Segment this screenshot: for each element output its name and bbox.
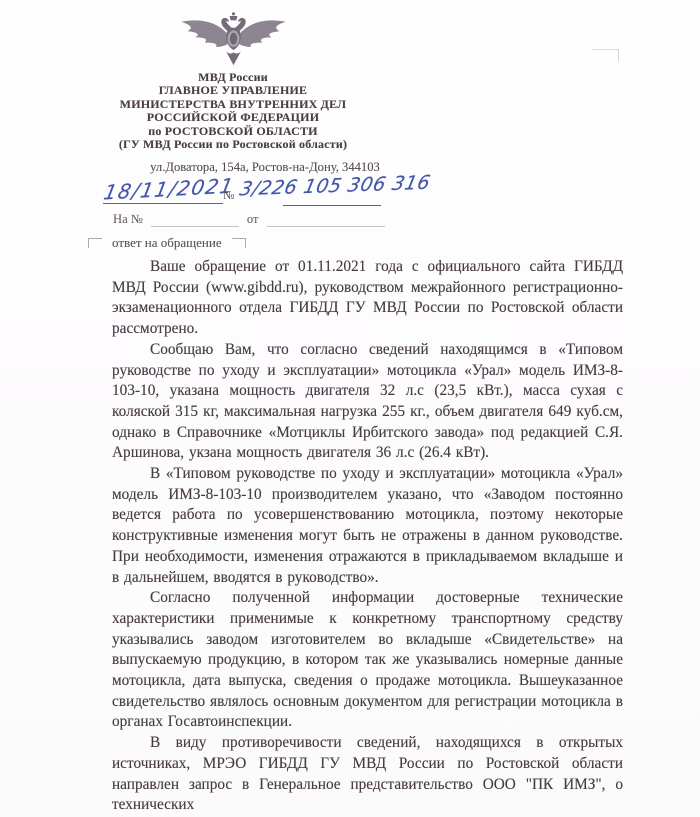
mvd-eagle-emblem-icon (176, 9, 291, 71)
incoming-number-blank-line (151, 212, 239, 227)
letterhead-line-main-directorate: ГЛАВНОЕ УПРАВЛЕНИЕ (58, 84, 408, 97)
letterhead-org-title: МВД России (58, 71, 408, 84)
letterhead-line-region: по РОСТОВСКОЙ ОБЛАСТИ (58, 125, 408, 138)
body-paragraph: Сообщаю Вам, что согласно сведений наход… (112, 340, 623, 464)
body-paragraph: Согласно полученной информации достоверн… (112, 588, 623, 733)
body-paragraph: В виду противоречивости сведений, находя… (112, 733, 623, 816)
response-note-row: ответ на обращение (88, 235, 246, 251)
handwritten-outgoing-number: 3/226 105 306 316 (238, 172, 433, 201)
number-sign-label: № (223, 188, 234, 203)
body-paragraph: Ваше обращение от 01.11.2021 года с офиц… (112, 257, 623, 340)
letterhead-line-abbrev: (ГУ МВД России по Ростовской области) (58, 138, 408, 151)
letter-body: Ваше обращение от 01.11.2021 года с офиц… (112, 257, 623, 816)
response-note-label: ответ на обращение (112, 235, 222, 251)
scanned-letter-page: МВД России ГЛАВНОЕ УПРАВЛЕНИЕ МИНИСТЕРСТ… (0, 0, 700, 817)
left-corner-bracket-icon (88, 238, 102, 248)
handwritten-date: 18/11/2021 (102, 173, 237, 204)
scan-artifact-corner-mark (592, 49, 619, 61)
body-paragraph: В «Типовом руководстве по уходу и эксплу… (112, 464, 623, 588)
on-number-label: На № (113, 212, 143, 227)
from-label: от (247, 212, 259, 227)
incoming-date-blank-line (267, 212, 385, 227)
letterhead-block: МВД России ГЛАВНОЕ УПРАВЛЕНИЕ МИНИСТЕРСТ… (58, 71, 408, 151)
right-corner-bracket-icon (232, 238, 246, 248)
date-underline (103, 203, 223, 204)
incoming-reference-row: На № от (113, 212, 385, 227)
letterhead-line-federation: РОССИЙСКОЙ ФЕДЕРАЦИИ (58, 111, 408, 124)
number-underline (283, 205, 381, 206)
